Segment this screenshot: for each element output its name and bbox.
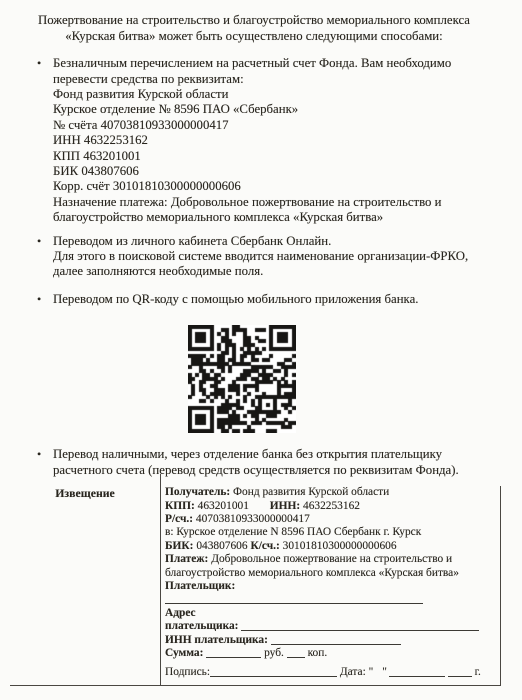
title-line-1: Пожертвование на строительство и благоус… xyxy=(36,13,472,29)
payer-inn-blank-line xyxy=(271,635,401,645)
slip-fields: Получатель: Фонд развития Курской област… xyxy=(160,486,501,686)
text-line: № счёта 40703810933000000417 xyxy=(53,118,502,133)
text-line: Перевод наличными, через отделение банка… xyxy=(53,447,502,462)
form-row-address-2: плательщика: xyxy=(165,620,496,633)
form-row-sum: Сумма: руб. коп. xyxy=(165,647,496,660)
sum-rub-blank-line xyxy=(206,648,261,658)
rub-label: руб. xyxy=(264,647,284,659)
text-line: перевести средства по реквизитам: xyxy=(53,72,502,87)
inn-value: 4632253162 xyxy=(303,500,360,512)
text-line: благоустройство мемориального комплекса … xyxy=(53,210,502,225)
inn-label: ИНН: xyxy=(270,500,300,512)
payer-blank-line xyxy=(165,594,423,604)
account-value: 40703810933000000417 xyxy=(196,513,310,525)
text-line: КПП 463201001 xyxy=(53,149,502,164)
bank-label: в: xyxy=(165,526,174,538)
document-page: Пожертвование на строительство и благоус… xyxy=(0,0,522,700)
address-blank-line xyxy=(241,621,479,631)
form-row-bank: в: Курское отделение N 8596 ПАО Сбербанк… xyxy=(165,526,496,539)
bik-label: БИК: xyxy=(165,540,193,552)
form-row-payer: Плательщик: xyxy=(165,580,496,607)
qr-code xyxy=(188,325,296,433)
bullet-sberbank-online: • Переводом из личного кабинета Сбербанк… xyxy=(36,234,502,280)
notice-label: Извещение xyxy=(10,486,160,686)
text-line: Безналичным перечислением на расчетный с… xyxy=(53,56,502,71)
bullet-bank-transfer: • Безналичным перечислением на расчетный… xyxy=(36,56,502,225)
kop-label: коп. xyxy=(308,647,328,659)
bullet-cash-payment-text: Перевод наличными, через отделение банка… xyxy=(53,447,502,478)
recipient-label: Получатель: xyxy=(165,486,230,498)
kpp-value: 463201001 xyxy=(198,500,249,512)
text-line: Назначение платежа: Добровольное пожертв… xyxy=(53,195,502,210)
form-row-bik-corr: БИК: 043807606 К/сч.: 301018103000000006… xyxy=(165,540,496,553)
form-row-address-1: Адрес xyxy=(165,607,496,620)
kpp-label: КПП: xyxy=(165,500,195,512)
form-row-account: Р/сч.: 40703810933000000417 xyxy=(165,513,496,526)
account-label: Р/сч.: xyxy=(165,513,193,525)
text-line: Переводом из личного кабинета Сбербанк О… xyxy=(53,234,502,249)
payment-value-line2: благоустройство мемориального комплекса … xyxy=(165,567,459,579)
bik-value: 043807606 xyxy=(196,540,247,552)
corr-value: 30101810300000000606 xyxy=(283,540,397,552)
text-line: далее заполняются необходимые поля. xyxy=(53,264,502,279)
signature-blank-line xyxy=(210,667,337,677)
payer-inn-label: ИНН плательщика: xyxy=(165,634,268,646)
form-row-signature-date: Подпись: Дата: "" г. xyxy=(165,666,496,679)
bullet-qr-payment: • Переводом по QR-коду с помощью мобильн… xyxy=(36,292,502,307)
recipient-value: Фонд развития Курской области xyxy=(233,486,389,498)
bullet-qr-payment-text: Переводом по QR-коду с помощью мобильног… xyxy=(53,292,502,307)
sum-kop-blank-line xyxy=(287,648,305,658)
corr-label: К/сч.: xyxy=(250,540,279,552)
form-row-kpp-inn: КПП: 463201001 ИНН: 4632253162 xyxy=(165,500,496,513)
form-row-payer-inn: ИНН плательщика: xyxy=(165,634,496,647)
bullet-cash-payment: • Перевод наличными, через отделение бан… xyxy=(36,447,502,478)
bullet-icon: • xyxy=(36,56,53,225)
text-line: Переводом по QR-коду с помощью мобильног… xyxy=(53,292,502,307)
bullet-sberbank-online-text: Переводом из личного кабинета Сбербанк О… xyxy=(53,234,502,280)
payer-label: Плательщик: xyxy=(165,580,235,592)
bullet-icon: • xyxy=(36,234,53,280)
payment-value-line1: Добровольное пожертвование на строительс… xyxy=(211,553,452,565)
text-line: Курское отделение № 8596 ПАО «Сбербанк» xyxy=(53,102,502,117)
date-month-blank-line xyxy=(389,667,445,677)
bullet-bank-transfer-text: Безналичным перечислением на расчетный с… xyxy=(53,56,502,225)
bullet-icon: • xyxy=(36,292,53,307)
address-label-line2: плательщика: xyxy=(165,620,238,632)
form-row-payment-2: благоустройство мемориального комплекса … xyxy=(165,567,496,580)
date-year-blank-line xyxy=(448,667,472,677)
title-line-2: «Курская битва» может быть осуществлено … xyxy=(36,29,472,45)
signature-label: Подпись: xyxy=(165,666,210,678)
text-line: Фонд развития Курской области xyxy=(53,87,502,102)
address-label-line1: Адрес xyxy=(165,607,196,619)
bullet-icon: • xyxy=(36,447,53,478)
text-line: Для этого в поисковой системе вводится н… xyxy=(53,249,502,264)
text-line: Корр. счёт 30101810300000000606 xyxy=(53,179,502,194)
form-row-recipient: Получатель: Фонд развития Курской област… xyxy=(165,486,496,499)
year-suffix: г. xyxy=(475,666,481,678)
form-row-payment-1: Платеж: Добровольное пожертвование на ст… xyxy=(165,553,496,566)
payment-label: Платеж: xyxy=(165,553,208,565)
text-line: БИК 043807606 xyxy=(53,164,502,179)
date-quote-close: " xyxy=(382,666,387,678)
payment-slip: Извещение Получатель: Фонд развития Курс… xyxy=(10,486,501,686)
date-quote-open: " xyxy=(369,666,374,678)
text-line: ИНН 4632253162 xyxy=(53,133,502,148)
bank-value: Курское отделение N 8596 ПАО Сбербанк г.… xyxy=(176,526,421,538)
date-label: Дата: xyxy=(340,666,366,678)
document-title: Пожертвование на строительство и благоус… xyxy=(36,13,472,44)
text-line: расчетного счета (перевод средств осущес… xyxy=(53,463,502,478)
sum-label: Сумма: xyxy=(165,647,203,659)
